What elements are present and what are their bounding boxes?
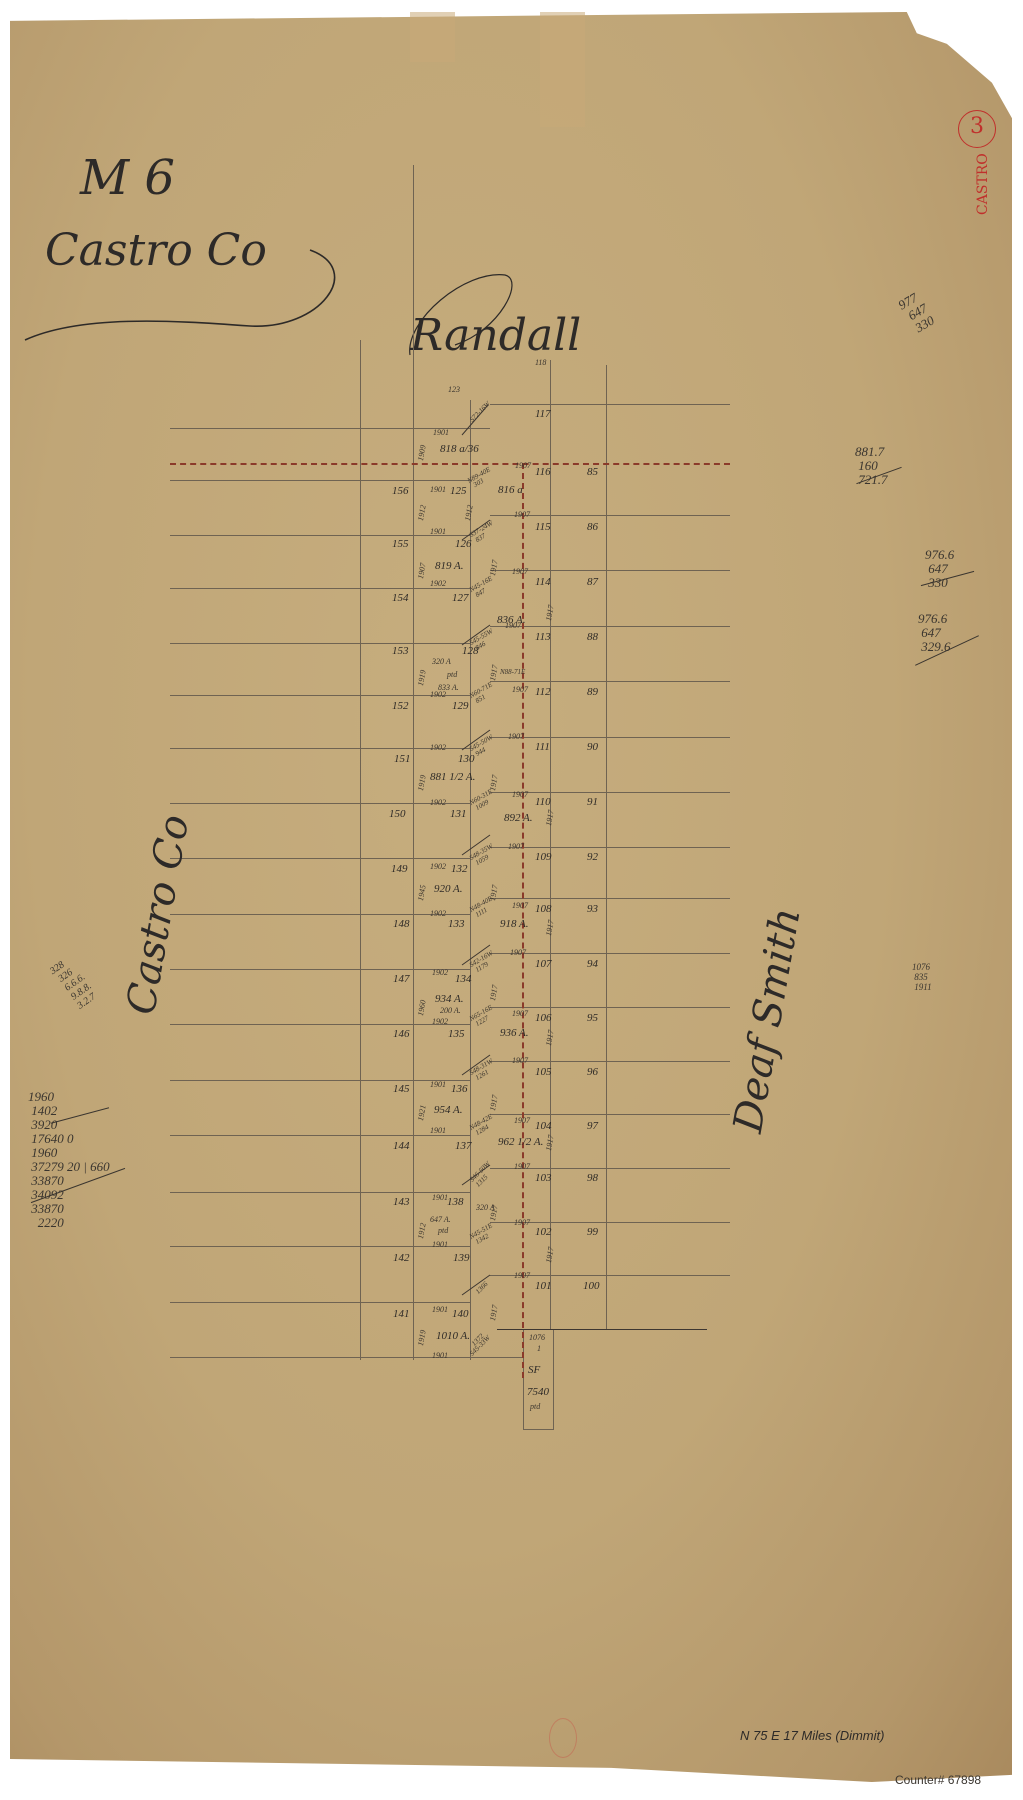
section-number: 111	[535, 741, 550, 753]
section-number: 148	[393, 918, 410, 930]
acreage-label: 7540	[527, 1386, 549, 1398]
section-number: 107	[535, 958, 552, 970]
acreage-label: 1076	[529, 1333, 545, 1342]
grid-line	[490, 681, 730, 682]
tape-strip	[540, 12, 585, 127]
year-label: 1902	[430, 798, 446, 807]
section-number: 146	[393, 1028, 410, 1040]
grid-line	[490, 404, 730, 405]
acreage-label: 954 A.	[434, 1104, 463, 1116]
grid-line	[170, 1246, 470, 1247]
grid-line	[553, 1330, 554, 1430]
section-number: 87	[587, 576, 598, 588]
year-label: 1907	[514, 1271, 530, 1280]
year-label: 1907	[512, 685, 528, 694]
grid-line	[497, 1329, 707, 1330]
year-label: 1907	[514, 1162, 530, 1171]
section-number: 115	[535, 521, 551, 533]
section-number: 114	[535, 576, 551, 588]
footer-bearing: N 75 E 17 Miles (Dimmit)	[740, 1728, 884, 1743]
tape-strip	[410, 12, 455, 62]
section-number: 145	[393, 1083, 410, 1095]
grid-line	[170, 1135, 470, 1136]
section-number: 102	[535, 1226, 552, 1238]
year-label: 1907	[514, 1116, 530, 1125]
grid-line	[490, 737, 730, 738]
section-number: 108	[535, 903, 552, 915]
year-label: 1902	[432, 968, 448, 977]
year-label: 1907	[508, 732, 524, 741]
section-number: 90	[587, 741, 598, 753]
section-number: 117	[535, 408, 551, 420]
section-number: 93	[587, 903, 598, 915]
year-label: 1901	[430, 485, 446, 494]
acreage-label: ptd	[530, 1402, 540, 1411]
acreage-label: 1	[537, 1344, 541, 1353]
margin-calc: 976.6 647 329.6	[918, 612, 951, 654]
year-label: 1901	[433, 428, 449, 437]
year-label: 1901	[432, 1193, 448, 1202]
year-label: 1907	[512, 1009, 528, 1018]
red-tab: 3	[958, 110, 996, 148]
year-label: 1901	[430, 527, 446, 536]
year-label: 1907	[512, 901, 528, 910]
section-number: 88	[587, 631, 598, 643]
year-label: 1902	[430, 743, 446, 752]
section-number: 142	[393, 1252, 410, 1264]
year-label: 1901	[432, 1305, 448, 1314]
section-number: 91	[587, 796, 598, 808]
acreage-label: 936 A.	[500, 1027, 529, 1039]
tab-label: CASTRO	[975, 153, 991, 215]
section-number: 156	[392, 485, 409, 497]
section-number: 116	[535, 466, 551, 478]
section-number: 97	[587, 1120, 598, 1132]
grid-line	[170, 588, 470, 589]
grid-line	[170, 1192, 470, 1193]
grid-line	[170, 803, 470, 804]
section-number: 89	[587, 686, 598, 698]
flourish-icon	[20, 230, 350, 345]
year-label: 1907	[512, 567, 528, 576]
section-number: 85	[587, 466, 598, 478]
grid-line	[170, 1357, 523, 1358]
section-number: 123	[448, 385, 460, 394]
year-label: 1901	[430, 1080, 446, 1089]
section-number: 92	[587, 851, 598, 863]
year-label: 1907	[512, 1056, 528, 1065]
section-number: 152	[392, 700, 409, 712]
year-label: 1901	[430, 1126, 446, 1135]
year-label: 1902	[432, 1017, 448, 1026]
grid-line	[170, 535, 470, 536]
year-label: 1907	[514, 1218, 530, 1227]
section-number: 112	[535, 686, 551, 698]
year-label: 1902	[430, 862, 446, 871]
section-number: 149	[391, 863, 408, 875]
grid-line	[170, 914, 470, 915]
grid-line	[170, 969, 470, 970]
grid-line	[170, 748, 470, 749]
section-number: 154	[392, 592, 409, 604]
section-number: 141	[393, 1308, 410, 1320]
grid-line	[490, 1007, 730, 1008]
counter-number: Counter# 67898	[895, 1773, 981, 1787]
red-boundary-line	[170, 463, 730, 465]
year-label: 1907	[508, 842, 524, 851]
grid-line	[170, 1080, 470, 1081]
section-number: 105	[535, 1066, 552, 1078]
section-number: 95	[587, 1012, 598, 1024]
section-number: 103	[535, 1172, 552, 1184]
section-number: 99	[587, 1226, 598, 1238]
acreage-label: 320 A	[432, 657, 451, 666]
grid-line	[360, 340, 361, 1360]
grid-line	[170, 1302, 470, 1303]
section-number: 150	[389, 808, 406, 820]
year-label: 1907	[514, 510, 530, 519]
section-number: 151	[394, 753, 411, 765]
grid-line	[170, 643, 470, 644]
grid-line	[490, 847, 730, 848]
year-label: 1907	[512, 790, 528, 799]
year-label: 1901	[432, 1240, 448, 1249]
acreage-label: 920 A.	[434, 883, 463, 895]
section-number: 96	[587, 1066, 598, 1078]
year-label: 1901	[432, 1351, 448, 1360]
year-label: 1907	[505, 621, 521, 630]
bearing-label: N88-71E	[500, 668, 525, 676]
grid-line	[490, 953, 730, 954]
section-number: 109	[535, 851, 552, 863]
grid-line	[490, 1114, 730, 1115]
acreage-label: ptd	[447, 670, 457, 679]
section-number: 86	[587, 521, 598, 533]
acreage-label: 647 A.	[430, 1215, 451, 1224]
section-number: 153	[392, 645, 409, 657]
section-number: 113	[535, 631, 551, 643]
grid-line-main	[413, 165, 414, 1360]
section-number: 118	[535, 358, 546, 367]
year-label: 1902	[430, 579, 446, 588]
section-number: 94	[587, 958, 598, 970]
section-number: 147	[393, 973, 410, 985]
stamp-mark	[549, 1718, 577, 1758]
section-number: 110	[535, 796, 551, 808]
tab-number: 3	[970, 114, 984, 139]
section-number: 143	[393, 1196, 410, 1208]
acreage-label: 816 a	[498, 484, 523, 496]
year-label: 1907	[515, 461, 531, 470]
section-number: 106	[535, 1012, 552, 1024]
acreage-label: SF	[528, 1364, 540, 1376]
margin-calc: 1076 835 1911	[912, 962, 932, 992]
grid-line	[550, 360, 551, 1330]
grid-line	[170, 858, 470, 859]
section-number: 144	[393, 1140, 410, 1152]
grid-line	[490, 898, 730, 899]
acreage-label: 962 1/2 A.	[498, 1136, 543, 1148]
acreage-label: ptd	[438, 1226, 448, 1235]
grid-line	[170, 695, 470, 696]
title-m6: M 6	[80, 150, 175, 206]
year-label: 1907	[510, 948, 526, 957]
grid-line	[170, 1024, 470, 1025]
acreage-label: 892 A.	[504, 812, 533, 824]
grid-line	[523, 1429, 554, 1430]
section-number: 104	[535, 1120, 552, 1132]
acreage-label: 200 A.	[440, 1006, 461, 1015]
section-number: 101	[535, 1280, 552, 1292]
year-label: 1902	[430, 690, 446, 699]
grid-line	[170, 480, 470, 481]
acreage-label: 918 A.	[500, 918, 529, 930]
grid-line	[490, 626, 730, 627]
year-label: 1902	[430, 909, 446, 918]
randall-loop-icon	[405, 270, 515, 365]
section-number: 155	[392, 538, 409, 550]
section-number: 100	[583, 1280, 600, 1292]
section-number: 98	[587, 1172, 598, 1184]
